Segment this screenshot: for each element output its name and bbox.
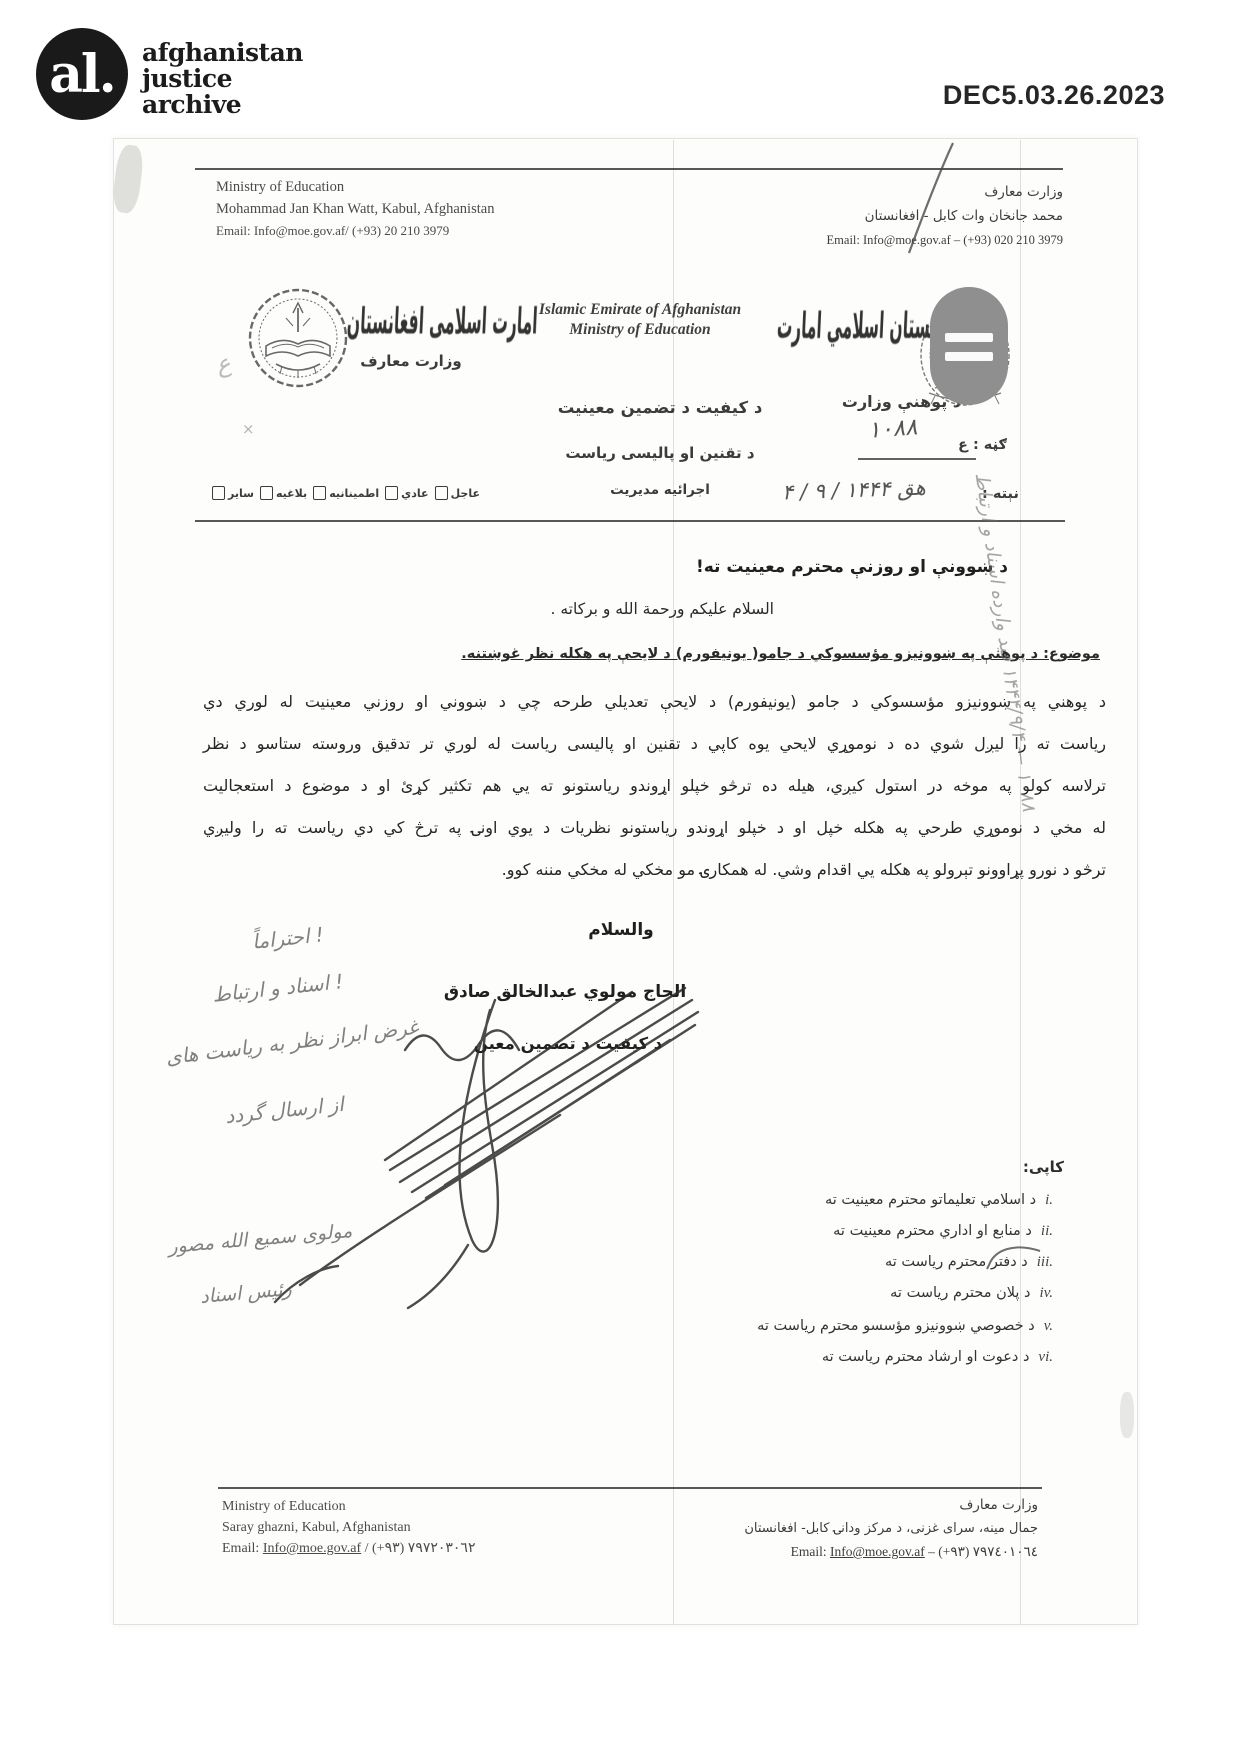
dept-deputy-ministry: د کیفیت د تضمین معینیت xyxy=(540,398,780,417)
footer-phone: – (+٩٣) ٧٩٧٤٠١٠٦٤ xyxy=(928,1544,1038,1559)
copy-text: د پلان محترم ریاست ته xyxy=(890,1285,1030,1301)
footer-email: Info@moe.gov.af xyxy=(263,1541,361,1556)
copy-item-1: i.د اسلامي تعلیماتو محترم معینیت ته xyxy=(640,1192,1053,1209)
gray-pill-marker xyxy=(930,287,1008,405)
copy-num: v. xyxy=(1044,1318,1053,1334)
footer-fa-line: جمال مینه، سرای غزنی، د مرکز ودانۍ کابل-… xyxy=(640,1517,1038,1540)
document-id: DEC5.03.26.2023 xyxy=(943,80,1165,111)
copy-text: د منابع او اداري محترم معینیت ته xyxy=(833,1223,1032,1239)
footer-en-line: Saray ghazni, Kabul, Afghanistan xyxy=(222,1517,475,1538)
copies-label: کاپی: xyxy=(988,1158,1064,1176)
dept-directorate: د تقنین او پالیسی ریاست xyxy=(540,444,780,462)
body-line-2: ریاست ته را لیږل شوي ده د نوموړي لایحي ی… xyxy=(203,734,1106,753)
fold-line xyxy=(673,140,674,1624)
footer-fa-email-line: Email: Info@moe.gov.af – (+٩٣) ٧٩٧٤٠١٠٦٤ xyxy=(640,1540,1038,1563)
footer-en-email-line: Email: Info@moe.gov.af / (+٩٣) ٧٩٧٢٠٣٠٦٢ xyxy=(222,1538,475,1559)
salutation: د ښوونې او روزنې محترم معینیت ته! xyxy=(690,557,1008,577)
checkbox-label: عادي xyxy=(401,487,428,500)
checkbox-label: عاجل xyxy=(451,487,480,500)
checkbox-box xyxy=(260,486,273,500)
footer-email-label: Email: xyxy=(791,1544,827,1559)
footer-en-line: Ministry of Education xyxy=(222,1496,475,1517)
letterhead-en-line: Islamic Emirate of Afghanistan xyxy=(480,300,800,320)
letterhead-english: Islamic Emirate of Afghanistan Ministry … xyxy=(480,300,800,340)
checkbox-label: اطمینانیه xyxy=(329,487,379,500)
copy-item-4: iv.د پلان محترم ریاست ته xyxy=(640,1285,1053,1302)
body-line-3: ترلاسه کولو په موخه در استول کیږي، هیله … xyxy=(203,776,1106,795)
letterhead-en-line: Ministry of Education xyxy=(480,320,800,340)
footer-rule xyxy=(218,1487,1042,1489)
body-line-1: د پوهني په ښوونیزو مؤسسوکي د جامو (یونیف… xyxy=(203,692,1106,711)
copy-num: i. xyxy=(1045,1192,1053,1208)
pen-slash-mark xyxy=(895,135,975,265)
header-en-line: Ministry of Education xyxy=(216,176,494,198)
scan-smudge xyxy=(1120,1392,1134,1438)
checkbox-notice: بلاغیه xyxy=(260,486,307,500)
archive-name-line: justice xyxy=(142,66,303,92)
pencil-cross-mark: × xyxy=(242,420,255,438)
checkbox-urgent: عاجل xyxy=(435,486,480,500)
checkbox-box xyxy=(435,486,448,500)
ministry-of-education-emblem-icon xyxy=(246,286,350,390)
body-line-5: ترڅو د نورو پړاوونو تېرولو په هکله یي اق… xyxy=(203,860,1106,879)
fold-line xyxy=(1020,140,1021,1624)
copy-text: د دعوت او ارشاد محترم ریاست ته xyxy=(822,1349,1030,1365)
checkbox-normal: عادي xyxy=(385,486,428,500)
archive-logo-abbr: al. xyxy=(49,44,115,105)
dept-executive: اجرائیه مدیریت xyxy=(540,482,780,498)
archive-logo-icon: al. xyxy=(36,28,128,120)
archive-name-line: afghanistan xyxy=(142,40,303,66)
copy-num: iv. xyxy=(1040,1285,1053,1301)
header-address-en: Ministry of Education Mohammad Jan Khan … xyxy=(216,176,494,242)
checkbox-label: بلاغیه xyxy=(276,487,307,500)
footer-address-en: Ministry of Education Saray ghazni, Kabu… xyxy=(222,1496,475,1559)
footer-address-fa: وزارت معارف جمال مینه، سرای غزنی، د مرکز… xyxy=(640,1494,1038,1563)
checkbox-box xyxy=(212,486,225,500)
header-en-email: Email: Info@moe.gov.af/ (+93) 20 210 397… xyxy=(216,220,494,242)
copy-text: د اسلامي تعلیماتو محترم معینیت ته xyxy=(825,1192,1036,1208)
archive-document-page: al. afghanistan justice archive DEC5.03.… xyxy=(0,0,1241,1754)
pen-check-curve xyxy=(985,1243,1045,1277)
pill-bar xyxy=(945,352,993,361)
left-ministry-label: وزارت معارف xyxy=(352,352,470,370)
checkbox-assurance: اطمینانیه xyxy=(313,486,379,500)
archive-name-line: archive xyxy=(142,92,303,118)
greeting: السلام علیکم ورحمة الله و برکاته . xyxy=(528,600,774,618)
copy-item-5: v.د خصوصي ښوونیزو مؤسسو محترم ریاست ته xyxy=(640,1318,1053,1335)
pill-bar xyxy=(945,333,993,342)
subject-line: موضوع: د پوهنې په ښوونیزو مؤسسوکي د جامو… xyxy=(255,646,1100,662)
letter-number-handwritten: ۱۰۸۸ xyxy=(867,414,918,443)
footer-fa-line: وزارت معارف xyxy=(640,1494,1038,1517)
footer-email: Info@moe.gov.af xyxy=(830,1544,925,1559)
copy-text: د خصوصي ښوونیزو مؤسسو محترم ریاست ته xyxy=(757,1318,1035,1334)
checkbox-box xyxy=(313,486,326,500)
body-line-4: له مخي د نوموړي طرحي په هکله خپل او د خپ… xyxy=(203,818,1106,837)
archive-name: afghanistan justice archive xyxy=(142,40,303,118)
number-underline xyxy=(858,458,976,460)
header-en-line: Mohammad Jan Khan Watt, Kabul, Afghanist… xyxy=(216,198,494,220)
priority-checkbox-row: عاجل عادي اطمینانیه بلاغیه سایر xyxy=(212,486,480,500)
copy-item-6: vi.د دعوت او ارشاد محترم ریاست ته xyxy=(640,1349,1053,1366)
footer-email-label: Email: xyxy=(222,1541,259,1556)
footer-phone: / (+٩٣) ٧٩٧٢٠٣٠٦٢ xyxy=(365,1541,476,1556)
letter-date-handwritten: ۴ / ۹ / ۱۴۴۴ هق xyxy=(782,475,927,504)
checkbox-other: سایر xyxy=(212,486,254,500)
copy-item-2: ii.د منابع او اداري محترم معینیت ته xyxy=(640,1223,1053,1240)
checkbox-box xyxy=(385,486,398,500)
letterhead-rule xyxy=(195,520,1065,522)
checkbox-label: سایر xyxy=(228,487,254,500)
copy-num: vi. xyxy=(1038,1349,1053,1365)
copy-num: ii. xyxy=(1041,1223,1053,1239)
